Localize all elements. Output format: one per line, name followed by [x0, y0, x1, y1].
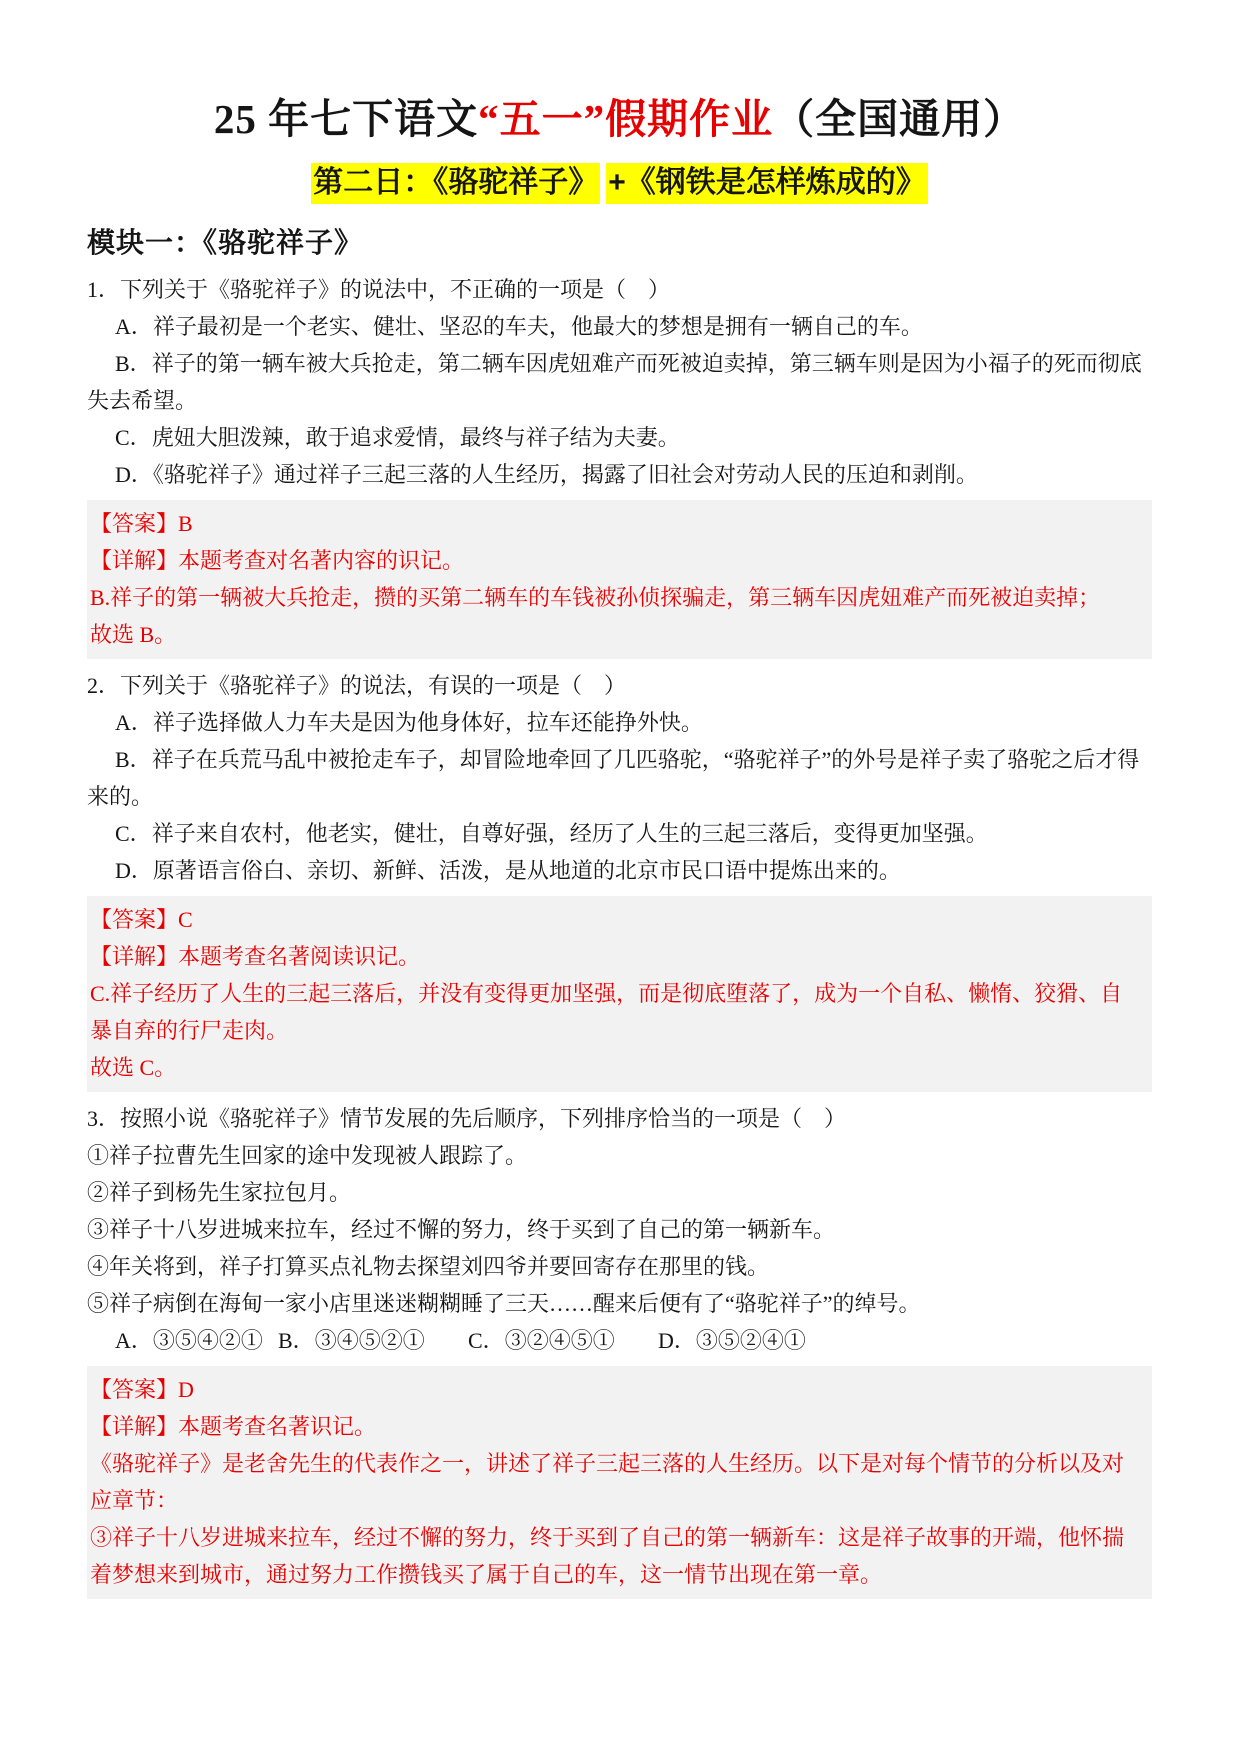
page-subtitle: 第二日：《骆驼祥子》+《钢铁是怎样炼成的》	[87, 157, 1152, 201]
detail-label: 【详解】	[90, 944, 178, 969]
explain-line: 故选 C。	[90, 1049, 1142, 1086]
detail-line: 【详解】本题考查对名著内容的识记。	[90, 542, 1142, 579]
answer-label: 【答案】	[90, 907, 178, 932]
detail-line: 【详解】本题考查名著阅读识记。	[90, 938, 1142, 975]
title-right: （全国通用）	[773, 96, 1025, 142]
detail-line: 【详解】本题考查名著识记。	[90, 1408, 1142, 1445]
title-red-highlight: “五一”假期作业	[478, 96, 773, 142]
question-3-answer-block: 【答案】D 【详解】本题考查名著识记。 《骆驼祥子》是老舍先生的代表作之一，讲述…	[87, 1366, 1152, 1599]
option-label: C．	[115, 425, 152, 450]
option-label: D．	[115, 462, 153, 487]
question-1-option-a: A．祥子最初是一个老实、健壮、坚忍的车夫，他最大的梦想是拥有一辆自己的车。	[87, 308, 1152, 345]
subtitle-highlight-1: 第二日：《骆驼祥子》	[311, 163, 600, 204]
answer-value: C	[178, 907, 193, 932]
explain-line: C.祥子经历了人生的三起三落后，并没有变得更加坚强，而是彻底堕落了，成为一个自私…	[90, 975, 1142, 1049]
question-2-number: 2．	[87, 673, 120, 698]
question-3-sequence-item-1: ①祥子拉曹先生回家的途中发现被人跟踪了。	[87, 1137, 1152, 1174]
answer-line: 【答案】D	[90, 1371, 1142, 1408]
question-1-number: 1．	[87, 277, 120, 302]
detail-label: 【详解】	[90, 548, 178, 573]
question-1-option-d: D．《骆驼祥子》通过祥子三起三落的人生经历，揭露了旧社会对劳动人民的压迫和剥削。	[87, 456, 1152, 493]
question-1-option-c: C．虎妞大胆泼辣，敢于追求爱情，最终与祥子结为夫妻。	[87, 419, 1152, 456]
answer-value: D	[178, 1377, 194, 1402]
explain-line: 《骆驼祥子》是老舍先生的代表作之一，讲述了祥子三起三落的人生经历。以下是对每个情…	[90, 1445, 1142, 1519]
option-label: B．	[115, 747, 152, 772]
option-label: A．	[115, 710, 153, 735]
question-3-sequence-item-3: ③祥子十八岁进城来拉车，经过不懈的努力，终于买到了自己的第一辆新车。	[87, 1211, 1152, 1248]
question-3-choices-row: A．③⑤④②①B．③④⑤②①C．③②④⑤①D．③⑤②④①	[87, 1322, 1152, 1359]
explain-line: 故选 B。	[90, 616, 1142, 653]
explain-line: ③祥子十八岁进城来拉车，经过不懈的努力，终于买到了自己的第一辆新车：这是祥子故事…	[90, 1519, 1142, 1593]
worksheet-page: 25 年七下语文“五一”假期作业（全国通用） 第二日：《骆驼祥子》+《钢铁是怎样…	[0, 0, 1241, 1754]
question-2-option-a: A．祥子选择做人力车夫是因为他身体好，拉车还能挣外快。	[87, 704, 1152, 741]
question-3-sequence-item-4: ④年关将到，祥子打算买点礼物去探望刘四爷并要回寄存在那里的钱。	[87, 1248, 1152, 1285]
question-3-choice-c: C．③②④⑤①	[468, 1322, 658, 1359]
subtitle-highlight-2: +《钢铁是怎样炼成的》	[606, 163, 928, 204]
question-2-option-d: D．原著语言俗白、亲切、新鲜、活泼，是从地道的北京市民口语中提炼出来的。	[87, 852, 1152, 889]
question-3-choice-b: B．③④⑤②①	[278, 1322, 468, 1359]
question-3-choice-d: D．③⑤②④①	[658, 1322, 806, 1359]
answer-line: 【答案】C	[90, 901, 1142, 938]
question-3-stem: 3．按照小说《骆驼祥子》情节发展的先后顺序，下列排序恰当的一项是（ ）	[87, 1100, 1152, 1137]
question-3-choice-a: A．③⑤④②①	[115, 1322, 278, 1359]
question-2-answer-block: 【答案】C 【详解】本题考查名著阅读识记。 C.祥子经历了人生的三起三落后，并没…	[87, 896, 1152, 1092]
question-2-option-c: C．祥子来自农村，他老实，健壮，自尊好强，经历了人生的三起三落后，变得更加坚强。	[87, 815, 1152, 852]
question-2-stem: 2．下列关于《骆驼祥子》的说法，有误的一项是（ ）	[87, 667, 1152, 704]
option-label: D．	[115, 858, 153, 883]
question-3-sequence-item-2: ②祥子到杨先生家拉包月。	[87, 1174, 1152, 1211]
detail-label: 【详解】	[90, 1414, 178, 1439]
answer-label: 【答案】	[90, 1377, 178, 1402]
question-3-sequence-item-5: ⑤祥子病倒在海甸一家小店里迷迷糊糊睡了三天……醒来后便有了“骆驼祥子”的绰号。	[87, 1285, 1152, 1322]
answer-value: B	[178, 511, 193, 536]
question-2-option-b: B．祥子在兵荒马乱中被抢走车子，却冒险地牵回了几匹骆驼，“骆驼祥子”的外号是祥子…	[87, 741, 1152, 815]
answer-line: 【答案】B	[90, 505, 1142, 542]
question-1-stem: 1．下列关于《骆驼祥子》的说法中，不正确的一项是（ ）	[87, 271, 1152, 308]
option-label: C．	[115, 821, 152, 846]
question-1-option-b: B．祥子的第一辆车被大兵抢走，第二辆车因虎妞难产而死被迫卖掉，第三辆车则是因为小…	[87, 345, 1152, 419]
option-label: B．	[115, 351, 152, 376]
option-label: A．	[115, 314, 153, 339]
answer-label: 【答案】	[90, 511, 178, 536]
question-1-answer-block: 【答案】B 【详解】本题考查对名著内容的识记。 B.祥子的第一辆被大兵抢走，攒的…	[87, 500, 1152, 659]
explain-line: B.祥子的第一辆被大兵抢走，攒的买第二辆车的车钱被孙侦探骗走，第三辆车因虎妞难产…	[90, 579, 1142, 616]
question-3-number: 3．	[87, 1106, 120, 1131]
title-left: 25 年七下语文	[214, 96, 478, 142]
module-1-heading: 模块一：《骆驼祥子》	[87, 221, 1152, 261]
page-title: 25 年七下语文“五一”假期作业（全国通用）	[87, 86, 1152, 145]
